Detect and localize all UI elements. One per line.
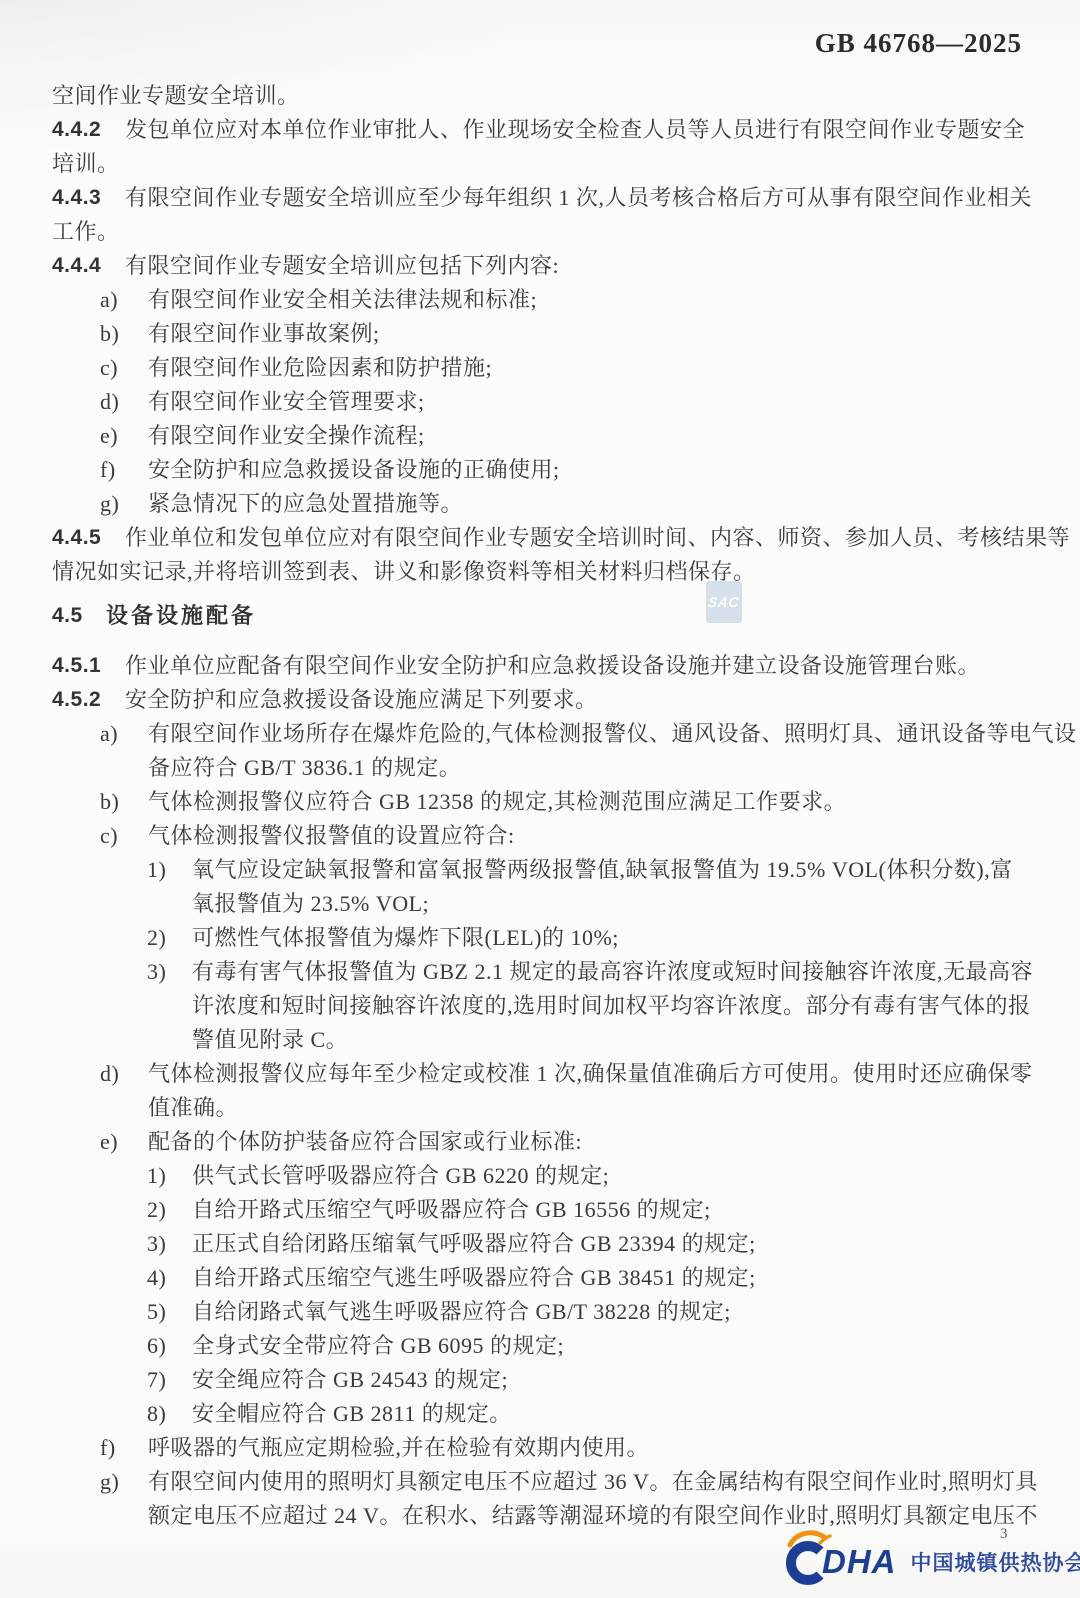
doc-line: b)有限空间作业事故案例; bbox=[0, 317, 1080, 351]
doc-text: 额定电压不应超过 24 V。在积水、结露等潮湿环境的有限空间作业时,照明灯具额定… bbox=[148, 1503, 1038, 1528]
item-marker: 7) bbox=[147, 1363, 166, 1397]
doc-line: a)有限空间作业安全相关法律法规和标准; bbox=[0, 283, 1080, 317]
doc-text: 有限空间作业事故案例; bbox=[148, 321, 380, 346]
doc-line: f)安全防护和应急救援设备设施的正确使用; bbox=[0, 453, 1080, 487]
doc-text: 作业单位和发包单位应对有限空间作业专题安全培训时间、内容、师资、参加人员、考核结… bbox=[125, 525, 1070, 550]
doc-text: 有限空间作业场所存在爆炸危险的,气体检测报警仪、通风设备、照明灯具、通讯设备等电… bbox=[148, 721, 1077, 746]
doc-text: 气体检测报警仪应每年至少检定或校准 1 次,确保量值准确后方可使用。使用时还应确… bbox=[148, 1061, 1033, 1086]
doc-text: 有限空间作业安全相关法律法规和标准; bbox=[148, 287, 537, 312]
doc-text: 值准确。 bbox=[148, 1095, 238, 1120]
association-name: 中国城镇供热协会 bbox=[911, 1547, 1080, 1577]
doc-text: 正压式自给闭路压缩氧气呼吸器应符合 GB 23394 的规定; bbox=[192, 1231, 756, 1256]
doc-text: 安全绳应符合 GB 24543 的规定; bbox=[192, 1367, 508, 1392]
item-marker: 3) bbox=[147, 1227, 166, 1261]
doc-text: 情况如实记录,并将培训签到表、讲义和影像资料等相关材料归档保存。 bbox=[52, 559, 756, 584]
item-marker: 4) bbox=[147, 1261, 166, 1295]
doc-text: 有限空间作业安全操作流程; bbox=[148, 423, 425, 448]
document-page: GB 46768—2025 空间作业专题安全培训。4.4.2发包单位应对本单位作… bbox=[0, 0, 1080, 1598]
doc-line: 值准确。 bbox=[0, 1091, 1080, 1125]
doc-line: 4.4.4有限空间作业专题安全培训应包括下列内容: bbox=[0, 249, 1080, 283]
doc-line: e)有限空间作业安全操作流程; bbox=[0, 419, 1080, 453]
item-marker: d) bbox=[100, 1057, 119, 1091]
doc-text: 工作。 bbox=[52, 219, 120, 244]
clause-number: 4.4.3 bbox=[52, 181, 101, 215]
item-marker: 1) bbox=[147, 853, 166, 887]
item-marker: b) bbox=[100, 317, 119, 351]
doc-line: 5)自给闭路式氧气逃生呼吸器应符合 GB/T 38228 的规定; bbox=[0, 1295, 1080, 1329]
item-marker: 5) bbox=[147, 1295, 166, 1329]
item-marker: 8) bbox=[147, 1397, 166, 1431]
doc-text: 可燃性气体报警值为爆炸下限(LEL)的 10%; bbox=[192, 925, 619, 950]
doc-text: 许浓度和短时间接触容许浓度的,选用时间加权平均容许浓度。部分有毒有害气体的报 bbox=[192, 993, 1031, 1018]
item-marker: e) bbox=[100, 419, 118, 453]
doc-text: 空间作业专题安全培训。 bbox=[52, 83, 300, 108]
doc-text: 全身式安全带应符合 GB 6095 的规定; bbox=[192, 1333, 564, 1358]
doc-line: 4.4.3有限空间作业专题安全培训应至少每年组织 1 次,人员考核合格后方可从事… bbox=[0, 181, 1080, 215]
doc-text: 配备的个体防护装备应符合国家或行业标准: bbox=[148, 1129, 582, 1154]
doc-text: 有限空间作业专题安全培训应包括下列内容: bbox=[125, 253, 559, 278]
doc-text: 设备设施配备 bbox=[106, 603, 256, 628]
doc-text: 有毒有害气体报警值为 GBZ 2.1 规定的最高容许浓度或短时间接触容许浓度,无… bbox=[192, 959, 1033, 984]
doc-line: 3)正压式自给闭路压缩氧气呼吸器应符合 GB 23394 的规定; bbox=[0, 1227, 1080, 1261]
doc-line: 许浓度和短时间接触容许浓度的,选用时间加权平均容许浓度。部分有毒有害气体的报 bbox=[0, 989, 1080, 1023]
document-body: 空间作业专题安全培训。4.4.2发包单位应对本单位作业审批人、作业现场安全检查人… bbox=[0, 79, 1080, 1533]
doc-line: 1)氧气应设定缺氧报警和富氧报警两级报警值,缺氧报警值为 19.5% VOL(体… bbox=[0, 853, 1080, 887]
standard-code: GB 46768—2025 bbox=[815, 28, 1022, 59]
doc-line: 4.5.2安全防护和应急救援设备设施应满足下列要求。 bbox=[0, 683, 1080, 717]
clause-number: 4.5 bbox=[52, 599, 83, 633]
doc-line: g)有限空间内使用的照明灯具额定电压不应超过 36 V。在金属结构有限空间作业时… bbox=[0, 1465, 1080, 1499]
doc-text: 自给开路式压缩空气逃生呼吸器应符合 GB 38451 的规定; bbox=[192, 1265, 756, 1290]
doc-line: 工作。 bbox=[0, 215, 1080, 249]
item-marker: g) bbox=[100, 1465, 119, 1499]
doc-line: 氧报警值为 23.5% VOL; bbox=[0, 887, 1080, 921]
doc-text: 培训。 bbox=[52, 151, 120, 176]
item-marker: a) bbox=[100, 717, 118, 751]
clause-number: 4.4.2 bbox=[52, 113, 101, 147]
doc-line: 4.4.5作业单位和发包单位应对有限空间作业专题安全培训时间、内容、师资、参加人… bbox=[0, 521, 1080, 555]
doc-text: 有限空间作业危险因素和防护措施; bbox=[148, 355, 492, 380]
item-marker: 2) bbox=[147, 921, 166, 955]
doc-line: 警值见附录 C。 bbox=[0, 1023, 1080, 1057]
doc-line: 空间作业专题安全培训。 bbox=[0, 79, 1080, 113]
item-marker: e) bbox=[100, 1125, 118, 1159]
doc-line: d)气体检测报警仪应每年至少检定或校准 1 次,确保量值准确后方可使用。使用时还… bbox=[0, 1057, 1080, 1091]
item-marker: d) bbox=[100, 385, 119, 419]
item-marker: b) bbox=[100, 785, 119, 819]
doc-line: a)有限空间作业场所存在爆炸危险的,气体检测报警仪、通风设备、照明灯具、通讯设备… bbox=[0, 717, 1080, 751]
doc-line: 4.5.1作业单位应配备有限空间作业安全防护和应急救援设备设施并建立设备设施管理… bbox=[0, 649, 1080, 683]
doc-line: 1)供气式长管呼吸器应符合 GB 6220 的规定; bbox=[0, 1159, 1080, 1193]
doc-text: 作业单位应配备有限空间作业安全防护和应急救援设备设施并建立设备设施管理台账。 bbox=[125, 653, 980, 678]
doc-text: 警值见附录 C。 bbox=[192, 1027, 348, 1052]
association-abbr: DHA bbox=[822, 1543, 897, 1581]
item-marker: c) bbox=[100, 819, 118, 853]
doc-line: d)有限空间作业安全管理要求; bbox=[0, 385, 1080, 419]
doc-text: 气体检测报警仪报警值的设置应符合: bbox=[148, 823, 515, 848]
doc-line: 6)全身式安全带应符合 GB 6095 的规定; bbox=[0, 1329, 1080, 1363]
doc-line: 8)安全帽应符合 GB 2811 的规定。 bbox=[0, 1397, 1080, 1431]
doc-text: 气体检测报警仪应符合 GB 12358 的规定,其检测范围应满足工作要求。 bbox=[148, 789, 846, 814]
doc-line: 培训。 bbox=[0, 147, 1080, 181]
doc-text: 氧报警值为 23.5% VOL; bbox=[192, 891, 429, 916]
section-heading: 4.5设备设施配备 bbox=[0, 599, 1080, 633]
doc-line: 备应符合 GB/T 3836.1 的规定。 bbox=[0, 751, 1080, 785]
doc-text: 安全帽应符合 GB 2811 的规定。 bbox=[192, 1401, 512, 1426]
doc-text: 安全防护和应急救援设备设施应满足下列要求。 bbox=[125, 687, 598, 712]
item-marker: 3) bbox=[147, 955, 166, 989]
doc-line: 2)自给开路式压缩空气呼吸器应符合 GB 16556 的规定; bbox=[0, 1193, 1080, 1227]
doc-text: 供气式长管呼吸器应符合 GB 6220 的规定; bbox=[192, 1163, 609, 1188]
doc-line: c)有限空间作业危险因素和防护措施; bbox=[0, 351, 1080, 385]
doc-text: 有限空间作业安全管理要求; bbox=[148, 389, 425, 414]
item-marker: a) bbox=[100, 283, 118, 317]
doc-line: 情况如实记录,并将培训签到表、讲义和影像资料等相关材料归档保存。 bbox=[0, 555, 1080, 589]
doc-text: 氧气应设定缺氧报警和富氧报警两级报警值,缺氧报警值为 19.5% VOL(体积分… bbox=[192, 857, 1013, 882]
doc-line: f)呼吸器的气瓶应定期检验,并在检验有效期内使用。 bbox=[0, 1431, 1080, 1465]
doc-line: b)气体检测报警仪应符合 GB 12358 的规定,其检测范围应满足工作要求。 bbox=[0, 785, 1080, 819]
doc-line: 7)安全绳应符合 GB 24543 的规定; bbox=[0, 1363, 1080, 1397]
doc-line: g)紧急情况下的应急处置措施等。 bbox=[0, 487, 1080, 521]
doc-text: 自给开路式压缩空气呼吸器应符合 GB 16556 的规定; bbox=[192, 1197, 711, 1222]
doc-line: 4)自给开路式压缩空气逃生呼吸器应符合 GB 38451 的规定; bbox=[0, 1261, 1080, 1295]
doc-text: 发包单位应对本单位作业审批人、作业现场安全检查人员等人员进行有限空间作业专题安全 bbox=[125, 117, 1025, 142]
item-marker: 2) bbox=[147, 1193, 166, 1227]
item-marker: g) bbox=[100, 487, 119, 521]
item-marker: f) bbox=[100, 1431, 116, 1465]
item-marker: c) bbox=[100, 351, 118, 385]
clause-number: 4.5.1 bbox=[52, 649, 101, 683]
doc-line: 2)可燃性气体报警值为爆炸下限(LEL)的 10%; bbox=[0, 921, 1080, 955]
doc-line: c)气体检测报警仪报警值的设置应符合: bbox=[0, 819, 1080, 853]
clause-number: 4.4.4 bbox=[52, 249, 101, 283]
doc-line: e)配备的个体防护装备应符合国家或行业标准: bbox=[0, 1125, 1080, 1159]
item-marker: f) bbox=[100, 453, 116, 487]
doc-text: 备应符合 GB/T 3836.1 的规定。 bbox=[148, 755, 461, 780]
item-marker: 1) bbox=[147, 1159, 166, 1193]
doc-line: 4.4.2发包单位应对本单位作业审批人、作业现场安全检查人员等人员进行有限空间作… bbox=[0, 113, 1080, 147]
doc-line: 3)有毒有害气体报警值为 GBZ 2.1 规定的最高容许浓度或短时间接触容许浓度… bbox=[0, 955, 1080, 989]
doc-text: 有限空间作业专题安全培训应至少每年组织 1 次,人员考核合格后方可从事有限空间作… bbox=[125, 185, 1032, 210]
doc-text: 呼吸器的气瓶应定期检验,并在检验有效期内使用。 bbox=[148, 1435, 649, 1460]
doc-text: 紧急情况下的应急处置措施等。 bbox=[148, 491, 463, 516]
doc-text: 安全防护和应急救援设备设施的正确使用; bbox=[148, 457, 560, 482]
doc-text: 有限空间内使用的照明灯具额定电压不应超过 36 V。在金属结构有限空间作业时,照… bbox=[148, 1469, 1038, 1494]
clause-number: 4.5.2 bbox=[52, 683, 101, 717]
clause-number: 4.4.5 bbox=[52, 521, 101, 555]
item-marker: 6) bbox=[147, 1329, 166, 1363]
footer-association: DHA 中国城镇供热协会 bbox=[780, 1528, 1080, 1586]
doc-text: 自给闭路式氧气逃生呼吸器应符合 GB/T 38228 的规定; bbox=[192, 1299, 731, 1324]
